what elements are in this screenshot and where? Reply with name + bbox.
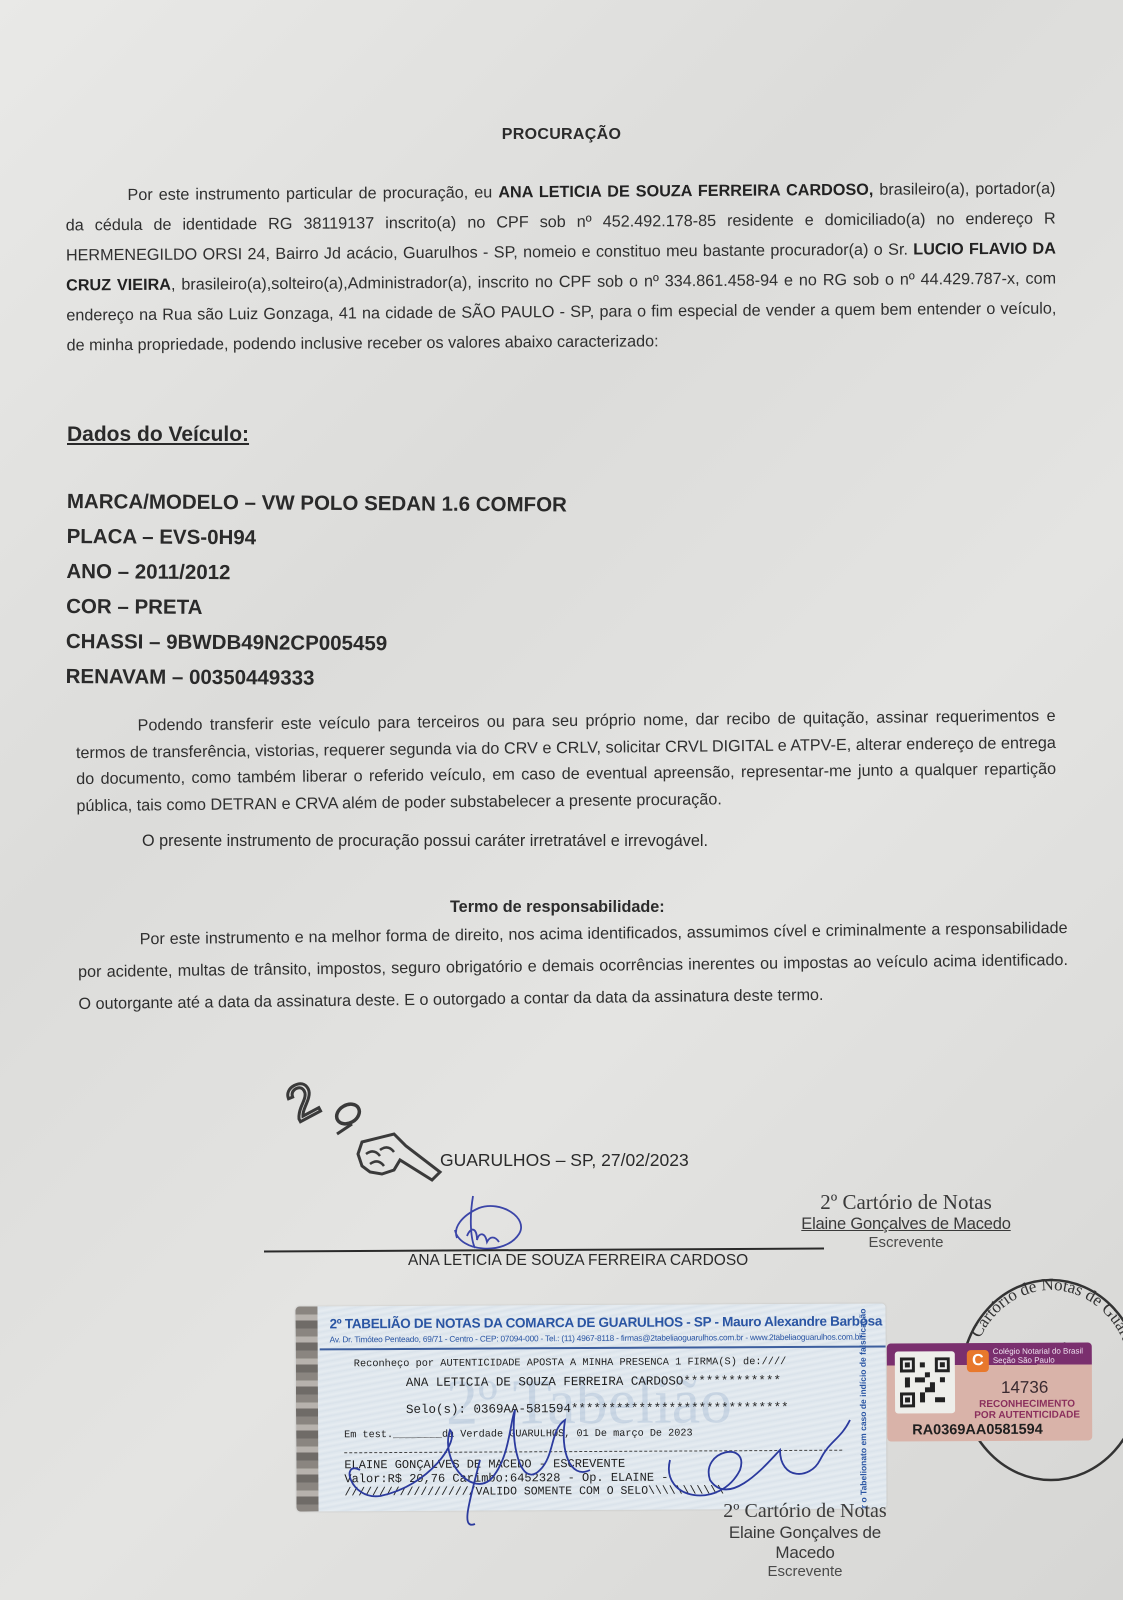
notary-stamp-bottom: 2º Cartório de Notas Elaine Gonçalves de… [700, 1500, 910, 1580]
document-title: PROCURAÇÃO [0, 126, 1123, 144]
notary-stamp: 2º Cartório de Notas Elaine Gonçalves de… [800, 1190, 1012, 1251]
hologram-strip [295, 1306, 318, 1511]
authentication-label: 2º Tabelião 2º TABELIÃO DE NOTAS DA COMA… [295, 1303, 886, 1511]
vehicle-renavam: RENAVAM – 00350449333 [66, 659, 566, 697]
cnb-logo-icon: C [967, 1350, 989, 1372]
svg-text:2: 2 [282, 1070, 328, 1133]
vehicle-plate: PLACA – EVS-0H94 [67, 519, 567, 557]
label-address: Av. Dr. Timóteo Penteado, 69/71 - Centro… [330, 1332, 862, 1345]
label-signatory: ANA LETICIA DE SOUZA FERREIRA CARDOSO***… [406, 1374, 781, 1390]
vehicle-heading: Dados do Veículo: [67, 423, 249, 447]
label-attestation-date: Em test.________da Verdade GUARULHOS, 01… [344, 1428, 693, 1441]
signatory-name: ANA LETICIA DE SOUZA FERREIRA CARDOSO [408, 1252, 748, 1270]
pointing-hand-stamp-icon: 2 [282, 1062, 452, 1187]
vehicle-model: MARCA/MODELO – VW POLO SEDAN 1.6 COMFOR [67, 484, 567, 522]
vehicle-year: ANO – 2011/2012 [66, 554, 566, 592]
grantor-name: ANA LETICIA DE SOUZA FERREIRA CARDOSO, [498, 181, 873, 202]
label-seal-number: Selo(s): 0369AA-581594******************… [406, 1401, 789, 1417]
intro-paragraph: Por este instrumento particular de procu… [65, 174, 1056, 361]
vehicle-data-list: MARCA/MODELO – VW POLO SEDAN 1.6 COMFOR … [66, 484, 567, 697]
label-recognition-line: Reconheço por AUTENTICIDADE APOSTA A MIN… [354, 1356, 787, 1370]
label-clerk: ELAINE GONÇALVES DE MACEDO - ESCREVENTE [344, 1457, 625, 1472]
powers-paragraph: Podendo transferir este veículo para ter… [75, 703, 1056, 819]
label-validity: ///////////////////VALIDO SOMENTE COM O … [344, 1484, 724, 1499]
sticker-type: RECONHECIMENTO POR AUTENTICIDADE [967, 1398, 1087, 1421]
irrevocable-clause: O presente instrumento de procuração pos… [142, 832, 708, 851]
responsibility-paragraph: Por este instrumento e na melhor forma d… [77, 912, 1068, 1020]
scanned-document: PROCURAÇÃO Por este instrumento particul… [0, 0, 1123, 1600]
vehicle-chassis: CHASSI – 9BWDB49N2CP005459 [66, 624, 566, 662]
label-header: 2º TABELIÃO DE NOTAS DA COMARCA DE GUARU… [330, 1313, 887, 1331]
authentication-sticker: C Colégio Notarial do BrasilSeção São Pa… [887, 1342, 1093, 1441]
sticker-number: 14736 [1001, 1378, 1048, 1398]
label-vertical-note: Consultar o Tabelionato em caso de indíc… [848, 1351, 879, 1501]
responsibility-heading: Termo de responsabilidade: [450, 898, 665, 917]
vehicle-color: COR – PRETA [66, 589, 566, 627]
sticker-code: RA0369AA0581594 [912, 1422, 1043, 1439]
place-date: GUARULHOS – SP, 27/02/2023 [440, 1150, 689, 1171]
qr-code-icon [895, 1351, 955, 1413]
